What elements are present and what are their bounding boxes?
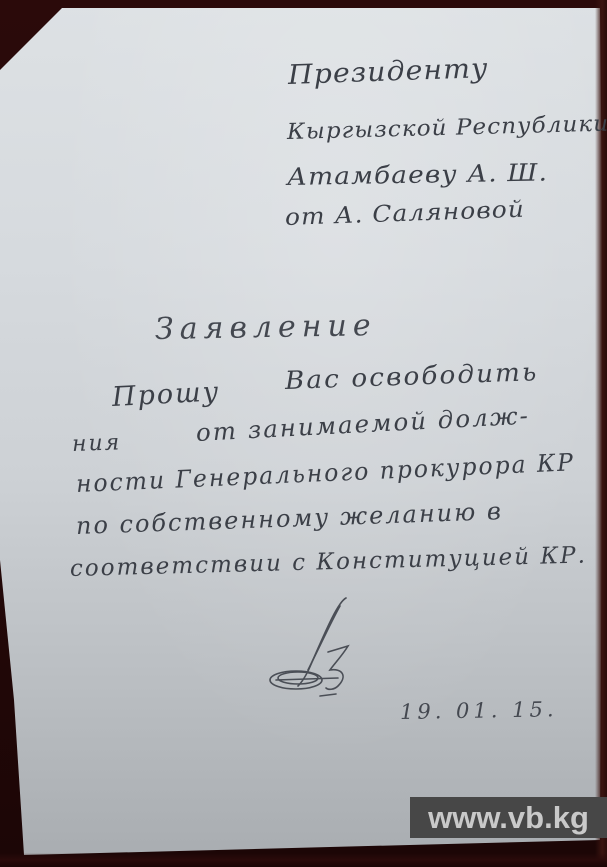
letter-date: 19. 01. 15. (400, 697, 558, 724)
paper-bottom-edge-shadow (0, 853, 607, 867)
body-line-2a: ния (72, 430, 122, 457)
watermark-text: www.vb.kg (428, 800, 589, 836)
signature-mark (268, 590, 378, 700)
watermark-banner: www.vb.kg (410, 797, 607, 838)
addressee-line-name: Атамбаеву А. Ш. (287, 158, 548, 191)
body-line-1a: Прошу (111, 376, 221, 413)
letter-title: Заявление (155, 308, 377, 347)
